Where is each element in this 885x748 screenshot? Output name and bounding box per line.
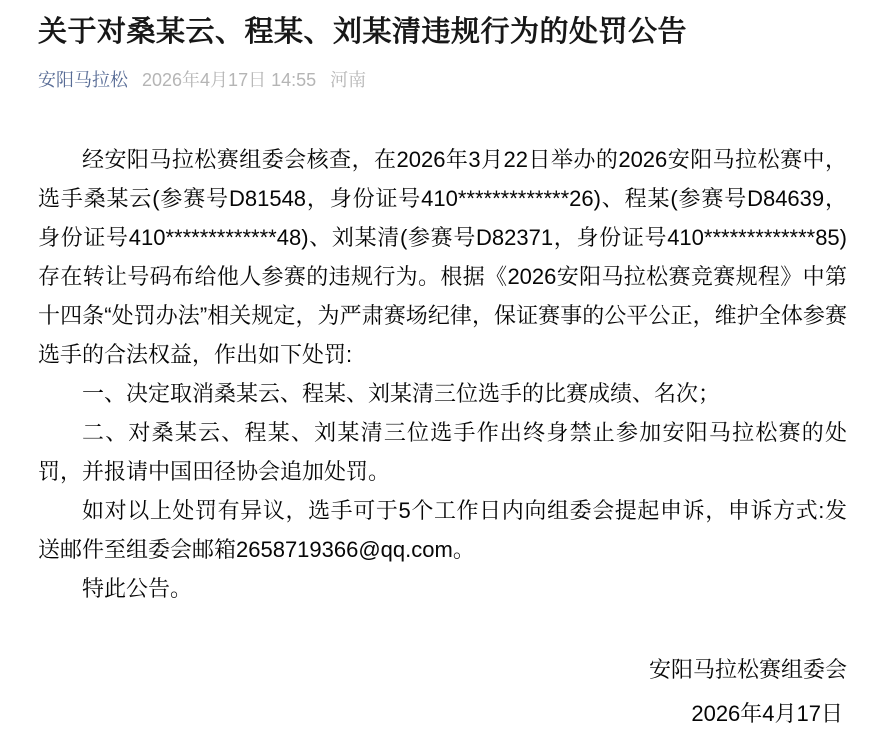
signature-block: 安阳马拉松赛组委会 2026年4月17日 xyxy=(38,650,847,733)
page-title: 关于对桑某云、程某、刘某清违规行为的处罚公告 xyxy=(38,13,847,51)
signature-organization: 安阳马拉松赛组委会 xyxy=(38,650,847,689)
article-paragraph-appeal: 如对以上处罚有异议，选手可于5个工作日内向组委会提起申诉，申诉方式:发送邮件至组… xyxy=(38,491,847,569)
signature-date: 2026年4月17日 xyxy=(38,694,847,733)
article-page: 关于对桑某云、程某、刘某清违规行为的处罚公告 安阳马拉松 2026年4月17日 … xyxy=(0,0,885,748)
article-body: 经安阳马拉松赛组委会核查，在2026年3月22日举办的2026安阳马拉松赛中，选… xyxy=(38,140,847,608)
article-paragraph: 经安阳马拉松赛组委会核查，在2026年3月22日举办的2026安阳马拉松赛中，选… xyxy=(38,140,847,374)
article-paragraph-item-1: 一、决定取消桑某云、程某、刘某清三位选手的比赛成绩、名次； xyxy=(38,374,847,413)
article-paragraph-closing: 特此公告。 xyxy=(38,569,847,608)
byline: 安阳马拉松 2026年4月17日 14:55 河南 xyxy=(38,68,847,93)
account-name-link[interactable]: 安阳马拉松 xyxy=(38,68,128,93)
publish-datetime: 2026年4月17日 14:55 xyxy=(142,68,316,93)
article-paragraph-item-2: 二、对桑某云、程某、刘某清三位选手作出终身禁止参加安阳马拉松赛的处罚，并报请中国… xyxy=(38,413,847,491)
publish-location: 河南 xyxy=(330,68,366,93)
